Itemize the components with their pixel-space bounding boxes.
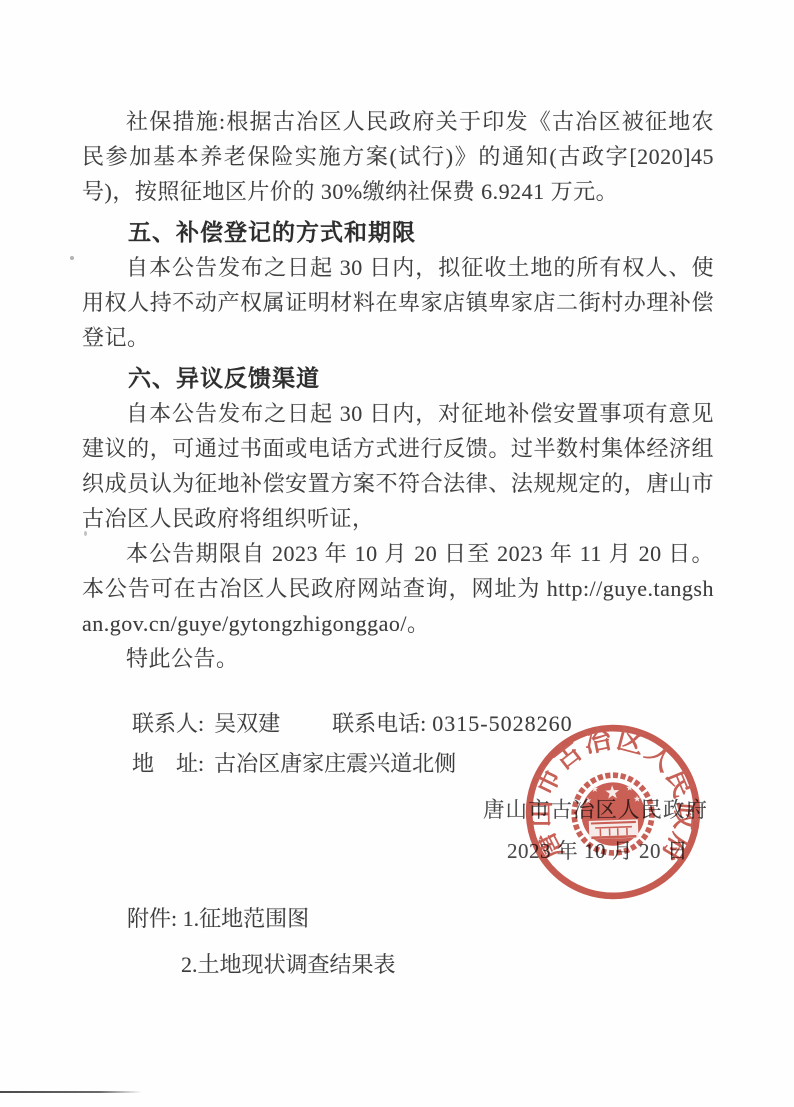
contact-phone-label: 联系电话: bbox=[332, 711, 426, 736]
attachment-item-2: 2.土地现状调查结果表 bbox=[127, 942, 396, 988]
official-seal: 唐山市古冶区人民政府 bbox=[520, 719, 706, 905]
attachment-item-1: 1.征地范围图 bbox=[183, 906, 310, 931]
paragraph-closing-statement: 特此公告。 bbox=[82, 641, 714, 676]
contact-address-value: 古冶区唐家庄震兴道北侧 bbox=[214, 751, 456, 776]
contact-person-label: 联系人: bbox=[132, 711, 204, 736]
attachments-label: 附件: bbox=[127, 906, 177, 931]
section-heading-5-compensation-registration: 五、补偿登记的方式和期限 bbox=[82, 215, 714, 250]
contact-person-name: 吴双建 bbox=[214, 711, 280, 736]
document-page: 社保措施:根据古冶区人民政府关于印发《古冶区被征地农民参加基本养老保险实施方案(… bbox=[0, 0, 794, 1107]
scan-artifact-speck-2 bbox=[84, 531, 87, 536]
attachment-line-1: 附件: 1.征地范围图 bbox=[127, 896, 396, 942]
scan-artifact-bottom-line bbox=[0, 1091, 142, 1093]
scan-artifact-speck-1 bbox=[70, 256, 74, 260]
attachments-block: 附件: 1.征地范围图 2.土地现状调查结果表 bbox=[127, 896, 396, 988]
paragraph-social-security-measures: 社保措施:根据古冶区人民政府关于印发《古冶区被征地农民参加基本养老保险实施方案(… bbox=[82, 104, 714, 209]
section-heading-6-objection-feedback: 六、异议反馈渠道 bbox=[82, 361, 714, 396]
paragraph-announcement-period-and-url: 本公告期限自 2023 年 10 月 20 日至 2023 年 11 月 20 … bbox=[82, 536, 714, 641]
document-body: 社保措施:根据古冶区人民政府关于印发《古冶区被征地农民参加基本养老保险实施方案(… bbox=[82, 104, 714, 784]
paragraph-registration-deadline: 自本公告发布之日起 30 日内，拟征收土地的所有权人、使用权人持不动产权属证明材… bbox=[82, 250, 714, 355]
contact-address-label: 地 址: bbox=[132, 751, 204, 776]
paragraph-objection-feedback: 自本公告发布之日起 30 日内，对征地补偿安置事项有意见建议的，可通过书面或电话… bbox=[82, 396, 714, 536]
